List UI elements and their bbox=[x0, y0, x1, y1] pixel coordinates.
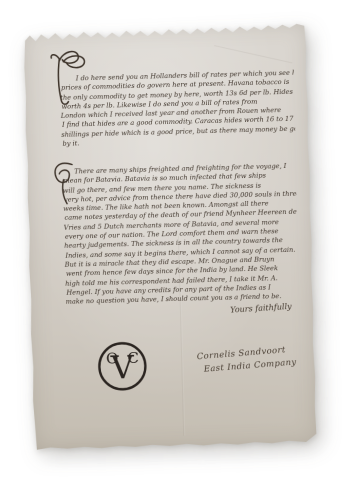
voc-stamp-letter-c: C bbox=[127, 349, 139, 367]
voc-stamp-seal: V O C bbox=[93, 337, 152, 396]
photo-background: I do here send you an Hollanders bill of… bbox=[0, 0, 360, 480]
letter-paper-wrapper: I do here send you an Hollanders bill of… bbox=[23, 22, 318, 451]
body-paragraph-2: There are many ships freighted and freig… bbox=[62, 162, 300, 308]
signature-block: Cornelis Sandvoort East India Company bbox=[196, 342, 308, 377]
voc-stamp-letter-o: O bbox=[106, 349, 119, 367]
closing-salutation: Yours faithfully bbox=[216, 301, 306, 315]
body-paragraph-1: I do here send you an Hollanders bill of… bbox=[60, 69, 296, 149]
paper-crease bbox=[214, 45, 292, 63]
letter-paper: I do here send you an Hollanders bill of… bbox=[23, 22, 318, 451]
